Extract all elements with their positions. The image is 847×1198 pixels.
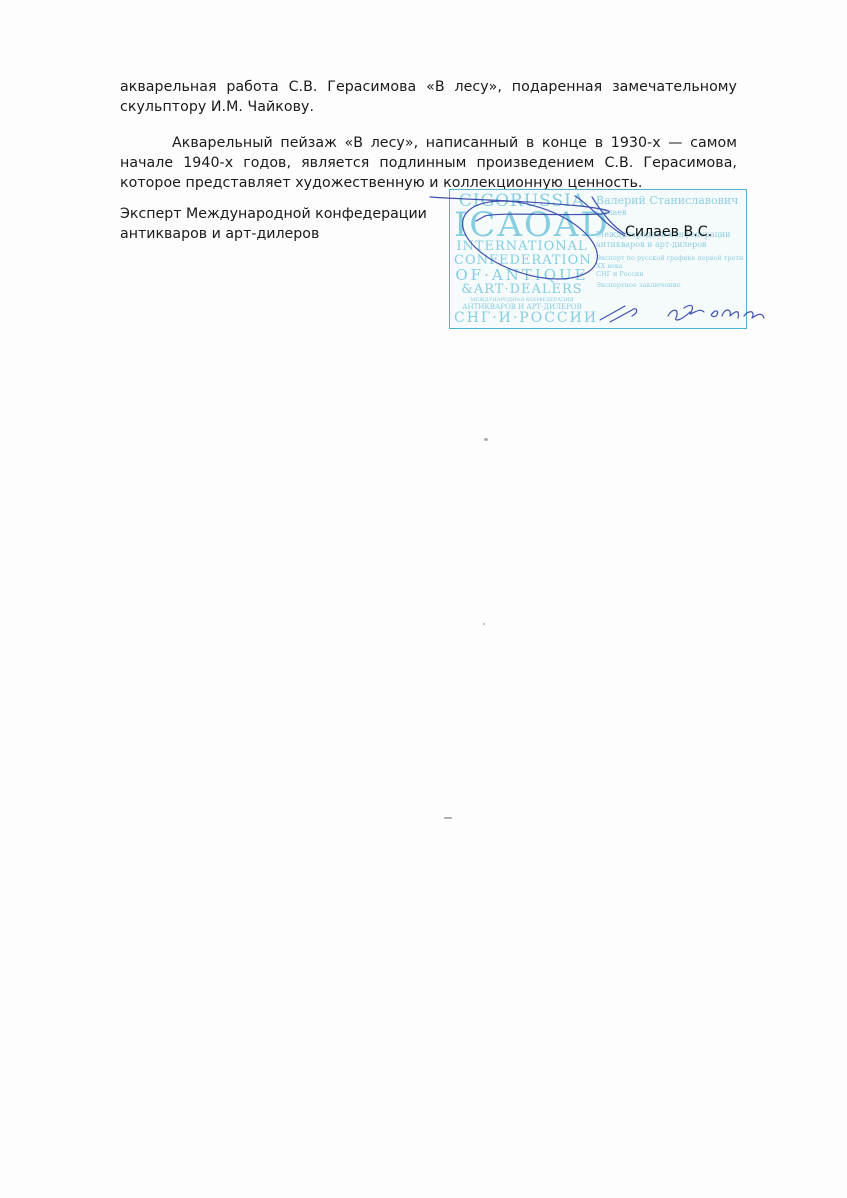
stamp-line: OF·ANTIQUE [454, 268, 590, 283]
stamp-surname: Силаев [596, 208, 746, 218]
stamp-logo-icon: ICAOAD [454, 210, 590, 240]
paper-speck [484, 438, 488, 441]
paragraph-2: Акварельный пейзаж «В лесу», написанный … [120, 133, 737, 193]
stamp-small-text: Эксперт по русской графике первой трети … [596, 254, 746, 270]
stamp-footer: Экспертное заключение [596, 281, 746, 289]
stamp-name: Валерий Станиславович [596, 194, 746, 208]
paragraph-1: акварельная работа С.В. Герасимова «В ле… [120, 77, 737, 117]
stamp-line: &ART·DEALERS [454, 283, 590, 297]
stamp-line: СНГ·И·РОССИИ [454, 311, 590, 326]
paper-speck [483, 623, 485, 625]
expert-title-line-2: антикваров и арт-дилеров [120, 224, 427, 244]
expert-title-line-1: Эксперт Международной конфедерации [120, 204, 427, 224]
stamp-logo-block: CIGORUSSIA ICAOAD INTERNATIONAL CONFEDER… [454, 192, 590, 326]
stamp-line: INTERNATIONAL [454, 240, 590, 254]
paper-speck [444, 817, 452, 819]
expert-title: Эксперт Международной конфедерации антик… [120, 204, 427, 244]
document-page: акварельная работа С.В. Герасимова «В ле… [0, 0, 847, 1198]
expert-stamp: CIGORUSSIA ICAOAD INTERNATIONAL CONFEDER… [449, 189, 747, 329]
signatory-name: Силаев В.С. [625, 222, 712, 242]
stamp-place: СНГ и России [596, 270, 746, 278]
